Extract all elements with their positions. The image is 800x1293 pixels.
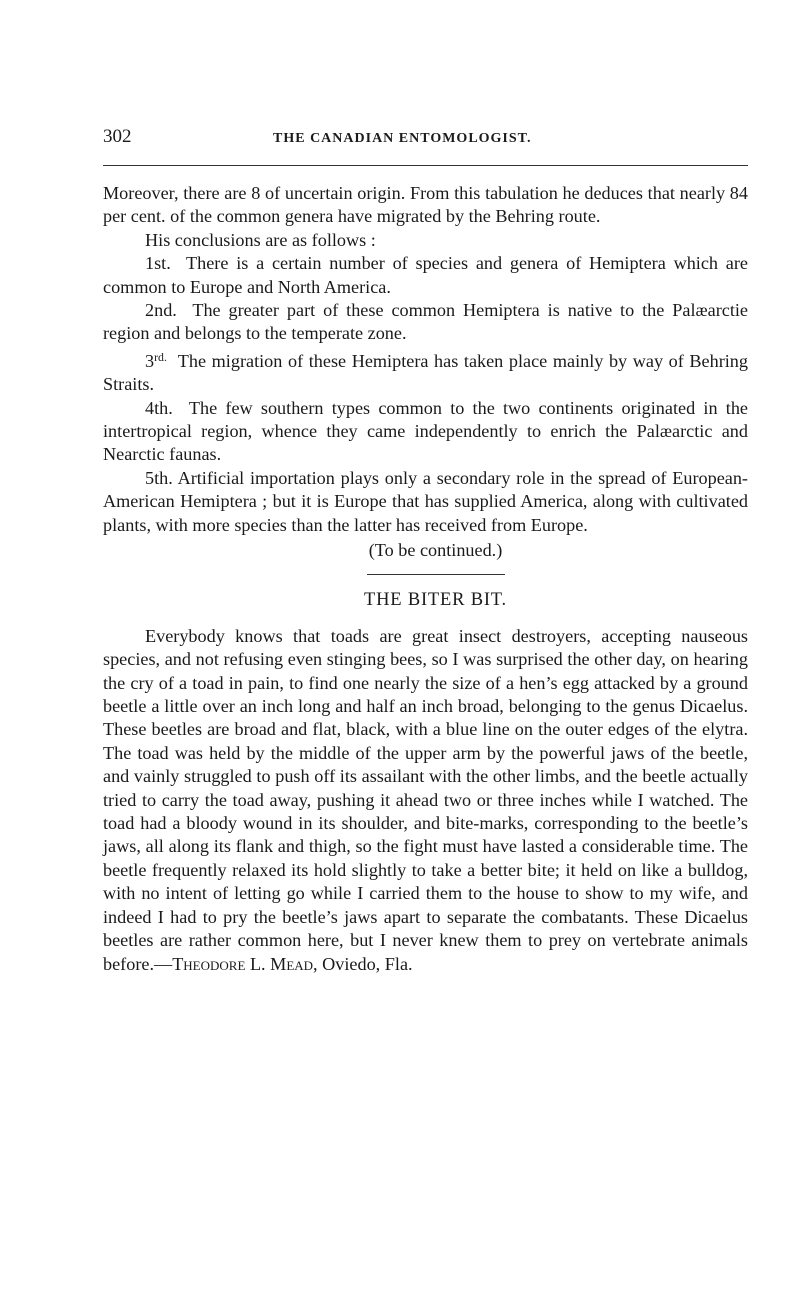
ordinal-suffix: th. (154, 468, 173, 488)
ordinal-suffix: th. (154, 398, 173, 418)
conclusion-text: There is a certain number of species and… (103, 253, 748, 296)
page-number: 302 (103, 126, 132, 148)
ordinal-number: 2 (145, 300, 154, 320)
author-location: , Oviedo, Fla. (313, 954, 413, 974)
header-rule (103, 165, 748, 166)
conclusion-item: 1st. There is a certain number of specie… (103, 252, 748, 299)
conclusion-text: The greater part of these common Hemipte… (103, 300, 748, 343)
ordinal-number: 4 (145, 398, 154, 418)
ordinal-suffix: st. (154, 253, 171, 273)
ordinal-suffix: rd. (154, 350, 167, 364)
page-body: Moreover, there are 8 of uncertain origi… (103, 182, 748, 976)
page-header: 302 THE CANADIAN ENTOMOLOGIST. (103, 126, 748, 152)
ordinal-suffix: nd. (154, 300, 177, 320)
conclusion-text: The few southern types common to the two… (103, 398, 748, 465)
article-body: Everybody knows that toads are great ins… (103, 625, 748, 976)
section-divider (367, 574, 505, 575)
conclusion-text: Artificial importation plays only a seco… (103, 468, 748, 535)
ordinal-number: 3 (145, 351, 154, 371)
conclusion-text: The migration of these Hemiptera has tak… (103, 351, 748, 394)
conclusions-intro: His conclusions are as follows : (103, 229, 748, 252)
conclusion-item: 4th. The few southern types common to th… (103, 397, 748, 467)
journal-page: 302 THE CANADIAN ENTOMOLOGIST. Moreover,… (0, 0, 800, 1293)
ordinal-number: 5 (145, 468, 154, 488)
running-title: THE CANADIAN ENTOMOLOGIST. (273, 131, 531, 147)
conclusion-item: 2nd. The greater part of these common He… (103, 299, 748, 346)
article-title: THE BITER BIT. (103, 589, 748, 612)
author-name: Theodore L. Mead (172, 954, 313, 974)
conclusion-item: 5th. Artificial importation plays only a… (103, 467, 748, 537)
ordinal-number: 1 (145, 253, 154, 273)
article-body-text: Everybody knows that toads are great ins… (103, 626, 748, 974)
conclusion-item: 3rd. The migration of these Hemiptera ha… (103, 346, 748, 397)
to-be-continued-note: (To be continued.) (103, 539, 748, 562)
continuation-paragraph: Moreover, there are 8 of uncertain origi… (103, 182, 748, 229)
